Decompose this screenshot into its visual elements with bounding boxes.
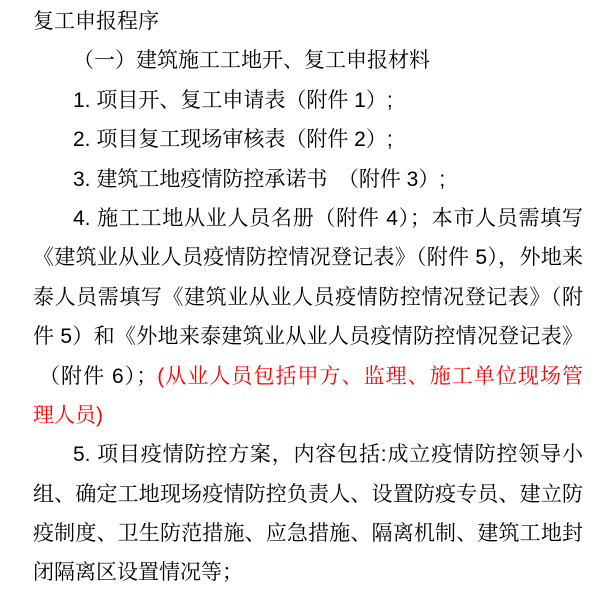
- red-note-line-1: (从业人员包括甲方、监理、施工单位现场管: [157, 365, 583, 388]
- list-item-1: 1. 项目开、复工申请表（附件 1）;: [33, 81, 583, 120]
- list-item-4-line-1: 4. 施工工地从业人员名册（附件 4）；本市人员需填写: [33, 199, 583, 238]
- list-item-5-line-4: 闭隔离区设置情况等；: [33, 553, 583, 592]
- list-item-4-line-4: 件 5）和《外地来泰建筑业从业人员疫情防控情况登记表》: [33, 317, 583, 356]
- list-item-3: 3. 建筑工地疫情防控承诺书 （附件 3）;: [33, 160, 583, 199]
- list-item-4-line-5: （附件 6）；(从业人员包括甲方、监理、施工单位现场管: [33, 357, 583, 396]
- attachment-6-label: （附件 6）；: [39, 365, 157, 388]
- list-item-4-line-3: 泰人员需填写《建筑业从业人员疫情防控情况登记表》（附: [33, 278, 583, 317]
- section-heading: （一）建筑施工工地开、复工申报材料: [33, 41, 583, 80]
- document-page: 复工申报程序 （一）建筑施工工地开、复工申报材料 1. 项目开、复工申请表（附件…: [0, 0, 616, 593]
- doc-title: 复工申报程序: [33, 2, 583, 41]
- list-item-2: 2. 项目复工现场审核表（附件 2）;: [33, 120, 583, 159]
- list-item-5-line-1: 5. 项目疫情防控方案，内容包括:成立疫情防控领导小: [33, 435, 583, 474]
- list-item-5-line-3: 疫制度、卫生防范措施、应急措施、隔离机制、建筑工地封: [33, 514, 583, 553]
- list-item-4-line-2: 《建筑业从业人员疫情防控情况登记表》（附件 5），外地来: [33, 238, 583, 277]
- list-item-5-line-2: 组、确定工地现场疫情防控负责人、设置防疫专员、建立防: [33, 475, 583, 514]
- red-note-line-2: 理人员): [33, 396, 583, 435]
